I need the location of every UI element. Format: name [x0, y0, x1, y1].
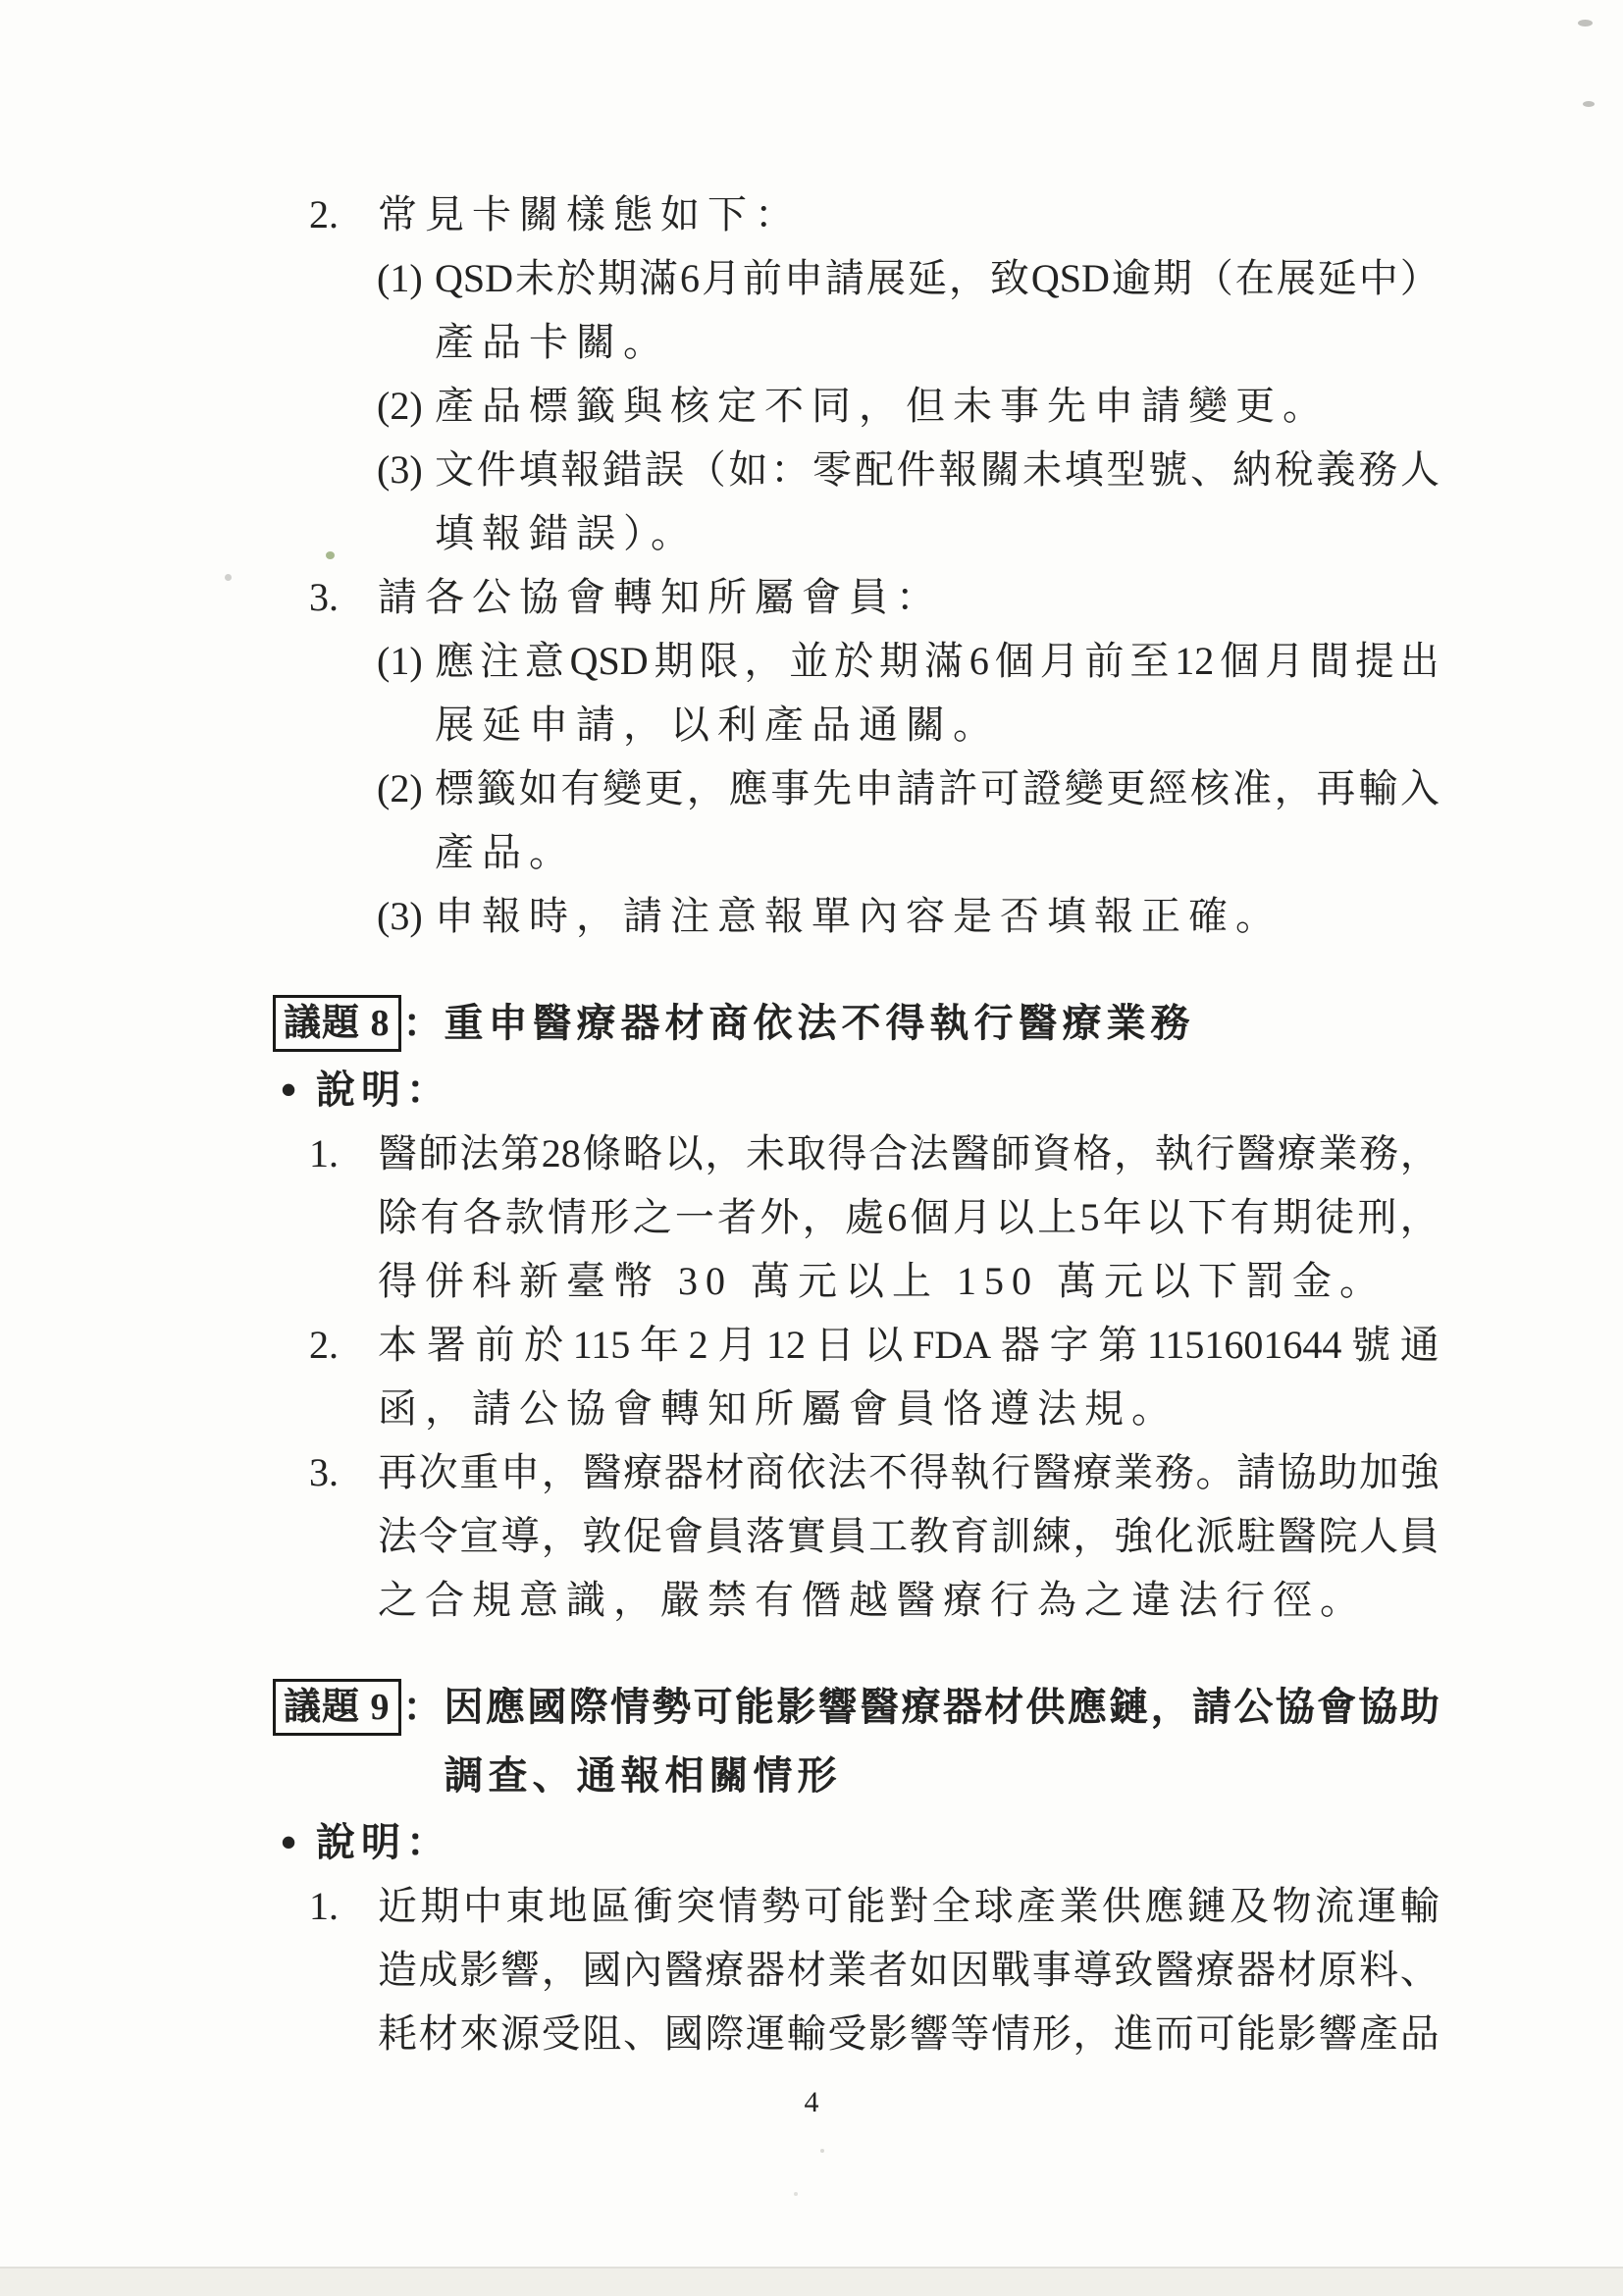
scan-bottom-edge	[0, 2267, 1623, 2296]
list-item: 3.請各公協會轉知所屬會員：	[273, 565, 1440, 629]
topic-title: 因應國際情勢可能影響醫療器材供應鏈，請公協會協助調查、通報相關情形	[445, 1673, 1440, 1810]
item-text-line: 文件填報錯誤（如：零配件報關未填型號、納稅義務人	[435, 438, 1440, 501]
item-text: QSD未於期滿6月前申請展延，致QSD逾期（在展延中）產品卡關。	[435, 246, 1440, 374]
item-marker: 2.	[309, 1313, 378, 1377]
bullet-icon: •	[281, 1810, 316, 1874]
item-text: 申報時，請注意報單內容是否填報正確。	[435, 884, 1440, 948]
item-text-line: 常見卡關樣態如下：	[378, 183, 1440, 246]
bullet-heading: •說明：	[273, 1810, 1440, 1874]
scan-speck	[1583, 101, 1595, 107]
bullet-icon: •	[281, 1058, 316, 1122]
item-marker: (1)	[377, 246, 435, 310]
list-item: 2.常見卡關樣態如下：	[273, 183, 1440, 246]
item-text: 常見卡關樣態如下：	[378, 183, 1440, 246]
item-text-line: 產品。	[435, 820, 1440, 884]
bullet-heading-text: 說明：	[316, 1058, 1440, 1122]
bullet-heading: •說明：	[273, 1058, 1440, 1122]
item-text-line: 申報時，請注意報單內容是否填報正確。	[435, 884, 1440, 948]
list-item: 1.近期中東地區衝突情勢可能對全球產業供應鏈及物流運輸造成影響，國內醫療器材業者…	[273, 1874, 1440, 2065]
item-text: 文件填報錯誤（如：零配件報關未填型號、納稅義務人填報錯誤）。	[435, 438, 1440, 565]
item-marker: 1.	[309, 1874, 378, 1938]
list-item: (3)申報時，請注意報單內容是否填報正確。	[273, 884, 1440, 948]
item-text-line: 再次重申，醫療器材商依法不得執行醫療業務。請協助加強	[378, 1440, 1440, 1504]
list-item: 2.本署前於115年2月12日以FDA器字第1151601644號通函，請公協會…	[273, 1313, 1440, 1440]
item-text-line: 填報錯誤）。	[435, 501, 1440, 565]
item-text-line: QSD未於期滿6月前申請展延，致QSD逾期（在展延中）	[435, 246, 1440, 310]
item-marker: (3)	[377, 438, 435, 501]
scan-speck	[225, 574, 232, 581]
topic-title-line: 調查、通報相關情形	[445, 1742, 1440, 1810]
topic-colon: ：	[401, 1673, 445, 1742]
topic-number-box: 議題 8	[273, 995, 401, 1052]
topic-number-box: 議題 9	[273, 1679, 401, 1736]
list-item: 3.再次重申，醫療器材商依法不得執行醫療業務。請協助加強法令宣導，敦促會員落實員…	[273, 1440, 1440, 1632]
item-text-line: 得併科新臺幣 30 萬元以上 150 萬元以下罰金。	[378, 1249, 1440, 1313]
document-content: 2.常見卡關樣態如下：(1)QSD未於期滿6月前申請展延，致QSD逾期（在展延中…	[273, 183, 1440, 2065]
item-text-line: 函，請公協會轉知所屬會員恪遵法規。	[378, 1377, 1440, 1440]
item-text: 醫師法第28條略以，未取得合法醫師資格，執行醫療業務，除有各款情形之一者外，處6…	[378, 1122, 1440, 1313]
item-marker: (3)	[377, 884, 435, 948]
scan-speck	[326, 551, 335, 559]
item-marker: (2)	[377, 757, 435, 820]
scanned-document-page: 2.常見卡關樣態如下：(1)QSD未於期滿6月前申請展延，致QSD逾期（在展延中…	[0, 0, 1623, 2296]
list-item: (2)產品標籤與核定不同，但未事先申請變更。	[273, 374, 1440, 438]
topic-colon: ：	[401, 989, 445, 1058]
item-text-line: 標籤如有變更，應事先申請許可證變更經核准，再輸入	[435, 757, 1440, 820]
item-text: 本署前於115年2月12日以FDA器字第1151601644號通函，請公協會轉知…	[378, 1313, 1440, 1440]
item-text: 標籤如有變更，應事先申請許可證變更經核准，再輸入產品。	[435, 757, 1440, 884]
item-text-line: 請各公協會轉知所屬會員：	[378, 565, 1440, 629]
item-marker: 3.	[309, 565, 378, 629]
item-text-line: 近期中東地區衝突情勢可能對全球產業供應鏈及物流運輸	[378, 1874, 1440, 1938]
item-text-line: 耗材來源受阻、國際運輸受影響等情形，進而可能影響產品	[378, 2002, 1440, 2065]
item-text: 應注意QSD期限，並於期滿6個月前至12個月間提出展延申請，以利產品通關。	[435, 629, 1440, 757]
item-text: 近期中東地區衝突情勢可能對全球產業供應鏈及物流運輸造成影響，國內醫療器材業者如因…	[378, 1874, 1440, 2065]
list-item: (3)文件填報錯誤（如：零配件報關未填型號、納稅義務人填報錯誤）。	[273, 438, 1440, 565]
topic-title-line: 因應國際情勢可能影響醫療器材供應鏈，請公協會協助	[445, 1673, 1440, 1742]
item-text-line: 應注意QSD期限，並於期滿6個月前至12個月間提出	[435, 629, 1440, 693]
topic-title: 重申醫療器材商依法不得執行醫療業務	[445, 989, 1440, 1058]
item-text-line: 法令宣導，敦促會員落實員工教育訓練，強化派駐醫院人員	[378, 1504, 1440, 1568]
scan-speck	[794, 2192, 798, 2196]
bullet-heading-line: 說明：	[316, 1810, 1440, 1874]
item-marker: 1.	[309, 1122, 378, 1185]
item-marker: 2.	[309, 183, 378, 246]
list-item: (1)應注意QSD期限，並於期滿6個月前至12個月間提出展延申請，以利產品通關。	[273, 629, 1440, 757]
item-marker: (1)	[377, 629, 435, 693]
item-text-line: 之合規意識，嚴禁有僭越醫療行為之違法行徑。	[378, 1568, 1440, 1632]
item-text-line: 產品標籤與核定不同，但未事先申請變更。	[435, 374, 1440, 438]
bullet-heading-line: 說明：	[316, 1058, 1440, 1122]
scan-speck	[1578, 20, 1593, 26]
page-number: 4	[0, 2086, 1623, 2119]
item-text-line: 展延申請，以利產品通關。	[435, 693, 1440, 757]
item-text-line: 造成影響，國內醫療器材業者如因戰事導致醫療器材原料、	[378, 1938, 1440, 2002]
list-item: (1)QSD未於期滿6月前申請展延，致QSD逾期（在展延中）產品卡關。	[273, 246, 1440, 374]
item-text: 請各公協會轉知所屬會員：	[378, 565, 1440, 629]
item-text-line: 除有各款情形之一者外，處6個月以上5年以下有期徒刑，	[378, 1185, 1440, 1249]
list-item: (2)標籤如有變更，應事先申請許可證變更經核准，再輸入產品。	[273, 757, 1440, 884]
item-text-line: 醫師法第28條略以，未取得合法醫師資格，執行醫療業務，	[378, 1122, 1440, 1185]
scan-speck	[820, 2149, 824, 2153]
topic-title-line: 重申醫療器材商依法不得執行醫療業務	[445, 989, 1440, 1058]
item-text: 再次重申，醫療器材商依法不得執行醫療業務。請協助加強法令宣導，敦促會員落實員工教…	[378, 1440, 1440, 1632]
item-marker: 3.	[309, 1440, 378, 1504]
topic-heading: 議題 9：因應國際情勢可能影響醫療器材供應鏈，請公協會協助調查、通報相關情形	[273, 1673, 1440, 1810]
bullet-heading-text: 說明：	[316, 1810, 1440, 1874]
item-text-line: 本署前於115年2月12日以FDA器字第1151601644號通	[378, 1313, 1440, 1377]
item-marker: (2)	[377, 374, 435, 438]
topic-heading: 議題 8：重申醫療器材商依法不得執行醫療業務	[273, 989, 1440, 1058]
item-text: 產品標籤與核定不同，但未事先申請變更。	[435, 374, 1440, 438]
list-item: 1.醫師法第28條略以，未取得合法醫師資格，執行醫療業務，除有各款情形之一者外，…	[273, 1122, 1440, 1313]
item-text-line: 產品卡關。	[435, 310, 1440, 374]
